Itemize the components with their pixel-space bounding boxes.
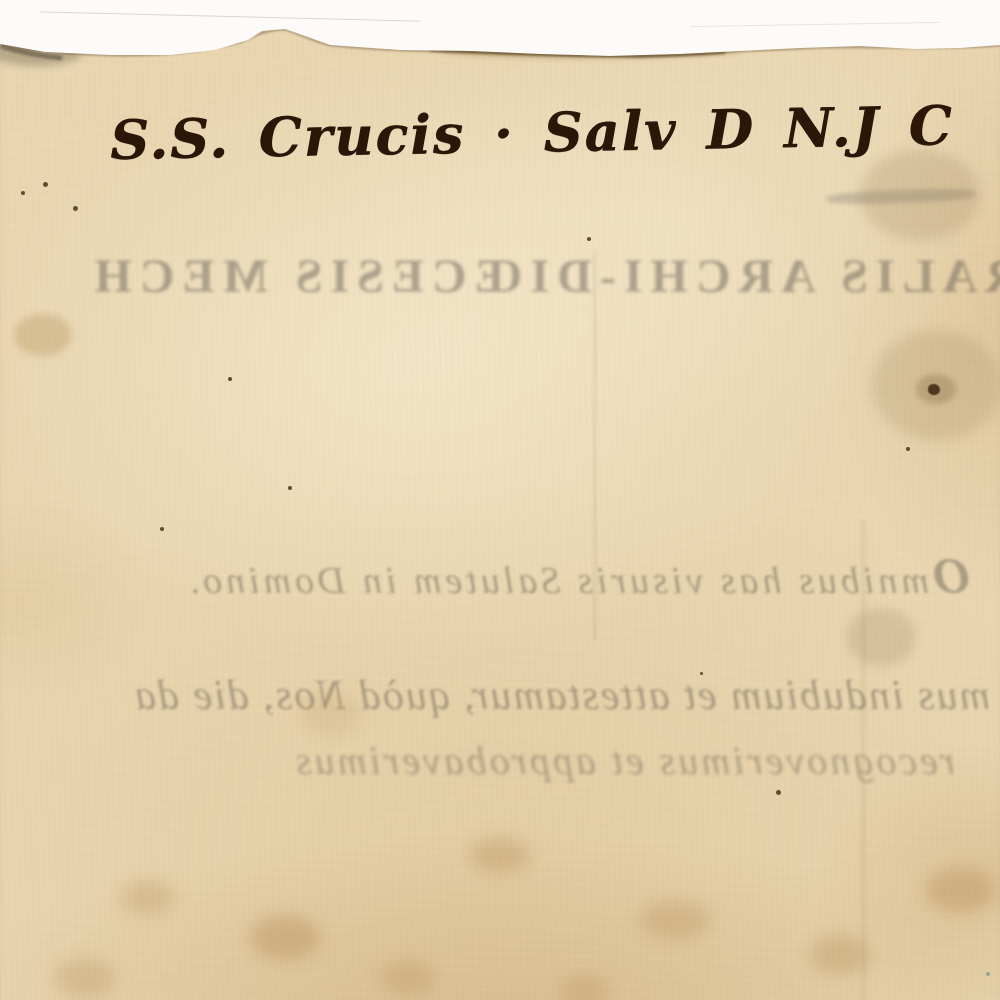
foxing-blob <box>810 935 870 975</box>
torn-edge <box>0 0 1000 80</box>
foxing-blob <box>300 690 360 735</box>
smudge <box>846 608 916 666</box>
stain <box>860 150 980 240</box>
bleedthrough-body-line1: mus indubium et attestamur, quòd Nos, di… <box>10 674 990 718</box>
bleedthrough-title: ERALIS ARCHI-DIŒCESIS MECH <box>20 252 1000 302</box>
ink-speck <box>288 486 292 490</box>
foxing-blob <box>120 880 175 915</box>
ink-speck <box>228 377 232 381</box>
bleedthrough-body-line2: recognoverimus et approbaverimus <box>245 740 955 782</box>
ink-speck <box>700 672 703 675</box>
ink-speck <box>587 237 591 241</box>
ink-blot <box>928 384 940 395</box>
background-crease <box>690 22 940 27</box>
foxing-blob <box>640 900 710 940</box>
foxing-blob <box>250 915 320 960</box>
photo-frame: ERALIS ARCHI-DIŒCESIS MECH Omnibus has v… <box>0 0 1000 1000</box>
document-page: ERALIS ARCHI-DIŒCESIS MECH Omnibus has v… <box>0 0 1000 1000</box>
background-crease <box>40 11 420 21</box>
foxing-blob <box>55 958 115 998</box>
ink-speck <box>986 972 990 976</box>
foxing-blob <box>560 975 610 1000</box>
bleedthrough-salutation: Omnibus has visuris Salutem in Domino. <box>95 550 970 604</box>
ink-speck <box>160 527 164 531</box>
ink-speck <box>21 191 25 195</box>
ink-blot-halo <box>916 374 956 404</box>
ink-speck <box>906 447 910 451</box>
foxing-blob <box>470 838 530 873</box>
ink-speck <box>43 182 48 187</box>
foxing-blob <box>380 960 435 995</box>
stain <box>872 330 1000 440</box>
foxing-blob <box>925 868 995 913</box>
ink-speck <box>776 790 781 795</box>
handwritten-inscription: S.S. Crucis · Salv D N.J C <box>110 97 911 170</box>
ink-speck <box>73 206 78 211</box>
stain <box>14 314 72 356</box>
smudge <box>826 187 976 205</box>
fold-crease <box>594 250 596 640</box>
fold-crease <box>862 520 865 1000</box>
